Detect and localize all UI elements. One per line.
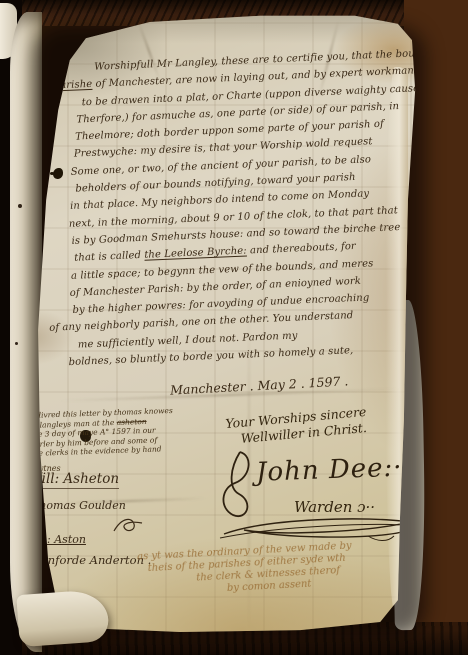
ink-blot — [53, 168, 63, 179]
letter-line-text: that is called — [74, 250, 144, 264]
ink-speck — [18, 204, 22, 208]
john-dee-signature: John Dee:·· — [256, 452, 413, 487]
ink-speck — [15, 342, 18, 345]
margin-memorandum: delivred this letter by thomas knowes to… — [29, 405, 201, 459]
faded-endorsement: as yt was the ordinary of the vew made b… — [137, 540, 354, 599]
witness-signature-2: Thomas Goulden — [32, 499, 126, 512]
witness-signature-4: Ranforde Anderton . — [32, 553, 151, 567]
manuscript-page: Worshipfull Mr Langley, these are to cer… — [20, 12, 422, 637]
struck-word: asheton — [117, 416, 147, 426]
manuscript-photo: Worshipfull Mr Langley, these are to cer… — [0, 0, 468, 655]
letter-body: Worshipfull Mr Langley, these are to cer… — [64, 44, 447, 371]
letter-line-text: and thereabouts, for — [247, 241, 357, 257]
underlined-phrase: the Leelose Byrche: — [144, 246, 247, 261]
closing-salutation: Your Worships sincere Wellwiller in Chri… — [225, 404, 369, 448]
signature-flourish-icon — [218, 512, 418, 546]
pen-flourish-icon — [112, 515, 146, 535]
